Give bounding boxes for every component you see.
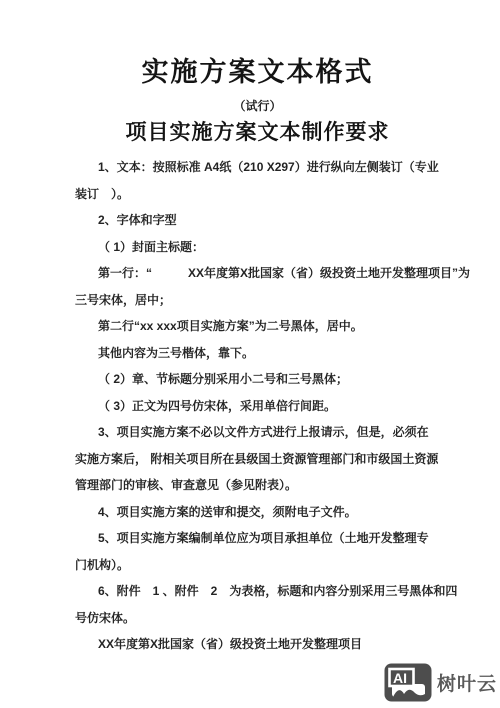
- doc-line: 1、文本：按照标准 A4纸（210 X297）进行纵向左侧装订（专业: [75, 154, 440, 181]
- doc-line: 实施方案后， 附相关项目所在县级国土资源管理部门和市级国土资源: [75, 446, 440, 473]
- doc-line: （ 2）章、节标题分别采用小二号和三号黑体；: [75, 366, 440, 393]
- doc-line: 5、项目实施方案编制单位应为项目承担单位（土地开发整理专: [75, 525, 440, 552]
- watermark-brand-text: 树叶云: [437, 669, 497, 696]
- doc-line: 号仿宋体。: [75, 605, 440, 632]
- document-body: 1、文本：按照标准 A4纸（210 X297）进行纵向左侧装订（专业 装订 ）。…: [75, 154, 440, 658]
- doc-line: （ 1）封面主标题：: [75, 234, 440, 261]
- document-page: 实施方案文本格式 （试行） 项目实施方案文本制作要求 1、文本：按照标准 A4纸…: [0, 0, 500, 708]
- doc-line: XX年度第X批国家（省）级投资土地开发整理项目: [75, 631, 440, 658]
- doc-line: 3、项目实施方案不必以文件方式进行上报请示，但是，必须在: [75, 419, 440, 446]
- doc-line: 装订 ）。: [75, 181, 440, 208]
- doc-line: 第二行“xx xxx项目实施方案”为二号黑体，居中。: [75, 313, 440, 340]
- document-content: 实施方案文本格式 （试行） 项目实施方案文本制作要求 1、文本：按照标准 A4纸…: [75, 0, 440, 658]
- watermark-logo: AI 树叶云: [384, 663, 497, 702]
- doc-line: 2、字体和字型: [75, 207, 440, 234]
- document-title: 实施方案文本格式: [75, 54, 440, 90]
- doc-line: 其他内容为三号楷体，靠下。: [75, 340, 440, 367]
- doc-line: 第一行：“ XX年度第X批国家（省）级投资土地开发整理项目”为: [75, 260, 440, 287]
- doc-line: （ 3）正文为四号仿宋体，采用单倍行间距。: [75, 393, 440, 420]
- doc-line: 管理部门的审核、审查意见（参见附表）。: [75, 472, 440, 499]
- ai-picture-icon: AI: [384, 663, 432, 702]
- title-block: 实施方案文本格式 （试行） 项目实施方案文本制作要求: [75, 54, 440, 146]
- doc-line: 门机构）。: [75, 552, 440, 579]
- document-subtitle: （试行）: [75, 99, 440, 114]
- doc-line: 三号宋体，居中；: [75, 287, 440, 314]
- doc-line: 6、附件 1 、附件 2 为表格，标题和内容分别采用三号黑体和四: [75, 578, 440, 605]
- ai-icon-label: AI: [393, 670, 407, 686]
- doc-line: 4、项目实施方案的送审和提交，须附电子文件。: [75, 499, 440, 526]
- section-title: 项目实施方案文本制作要求: [75, 120, 440, 146]
